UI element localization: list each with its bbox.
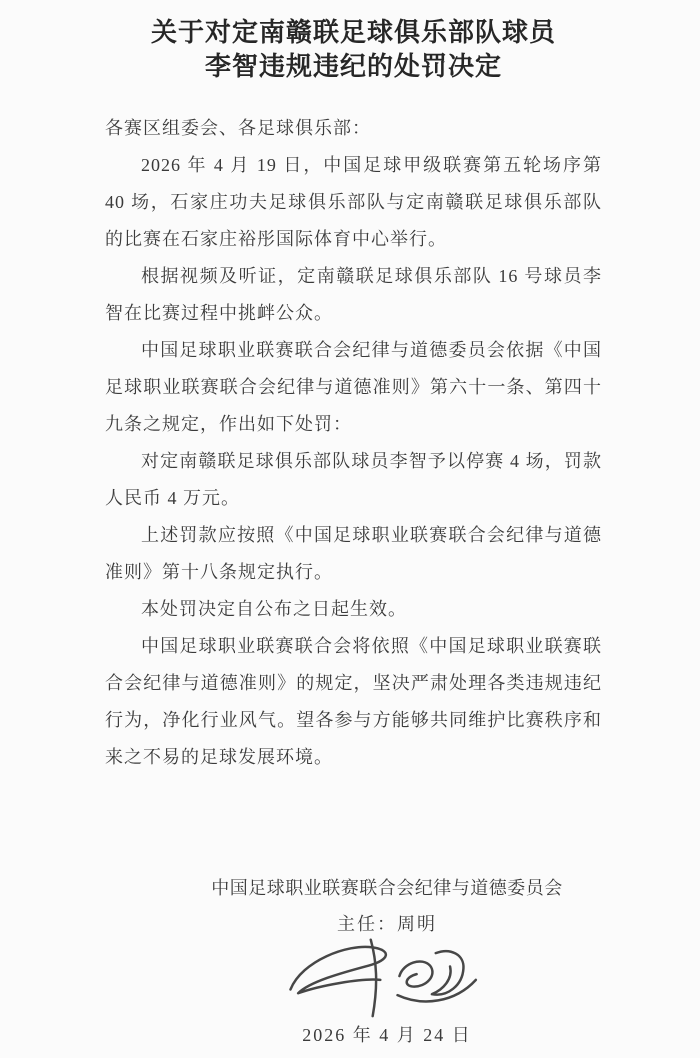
body-paragraph: 对定南赣联足球俱乐部队球员李智予以停赛 4 场，罚款人民币 4 万元。 [105,443,602,517]
signature-organization: 中国足球职业联赛联合会纪律与道德委员会 [205,874,569,902]
title-line-1: 关于对定南赣联足球俱乐部队球员 [105,16,602,50]
document-body: 各赛区组委会、各足球俱乐部： 2026 年 4 月 19 日，中国足球甲级联赛第… [105,110,602,776]
body-paragraph: 上述罚款应按照《中国足球职业联赛联合会纪律与道德准则》第十八条规定执行。 [105,517,602,591]
signature-block: 中国足球职业联赛联合会纪律与道德委员会 主任：周明 2026 年 4 月 24 … [205,874,569,1048]
body-paragraph: 根据视频及听证，定南赣联足球俱乐部队 16 号球员李智在比赛过程中挑衅公众。 [105,258,602,332]
body-paragraph: 中国足球职业联赛联合会将依照《中国足球职业联赛联合会纪律与道德准则》的规定，坚决… [105,628,602,776]
title-line-2: 李智违规违纪的处罚决定 [105,50,602,84]
body-paragraph: 本处罚决定自公布之日起生效。 [105,591,602,628]
signature-image [271,934,503,1020]
body-paragraph: 2026 年 4 月 19 日，中国足球甲级联赛第五轮场序第 40 场，石家庄功… [105,147,602,258]
document-page: 关于对定南赣联足球俱乐部队球员 李智违规违纪的处罚决定 各赛区组委会、各足球俱乐… [0,0,700,1058]
salutation: 各赛区组委会、各足球俱乐部： [105,110,602,147]
body-paragraph: 中国足球职业联赛联合会纪律与道德委员会依据《中国足球职业联赛联合会纪律与道德准则… [105,332,602,443]
document-title: 关于对定南赣联足球俱乐部队球员 李智违规违纪的处罚决定 [105,16,602,84]
signature-date: 2026 年 4 月 24 日 [205,1022,569,1048]
